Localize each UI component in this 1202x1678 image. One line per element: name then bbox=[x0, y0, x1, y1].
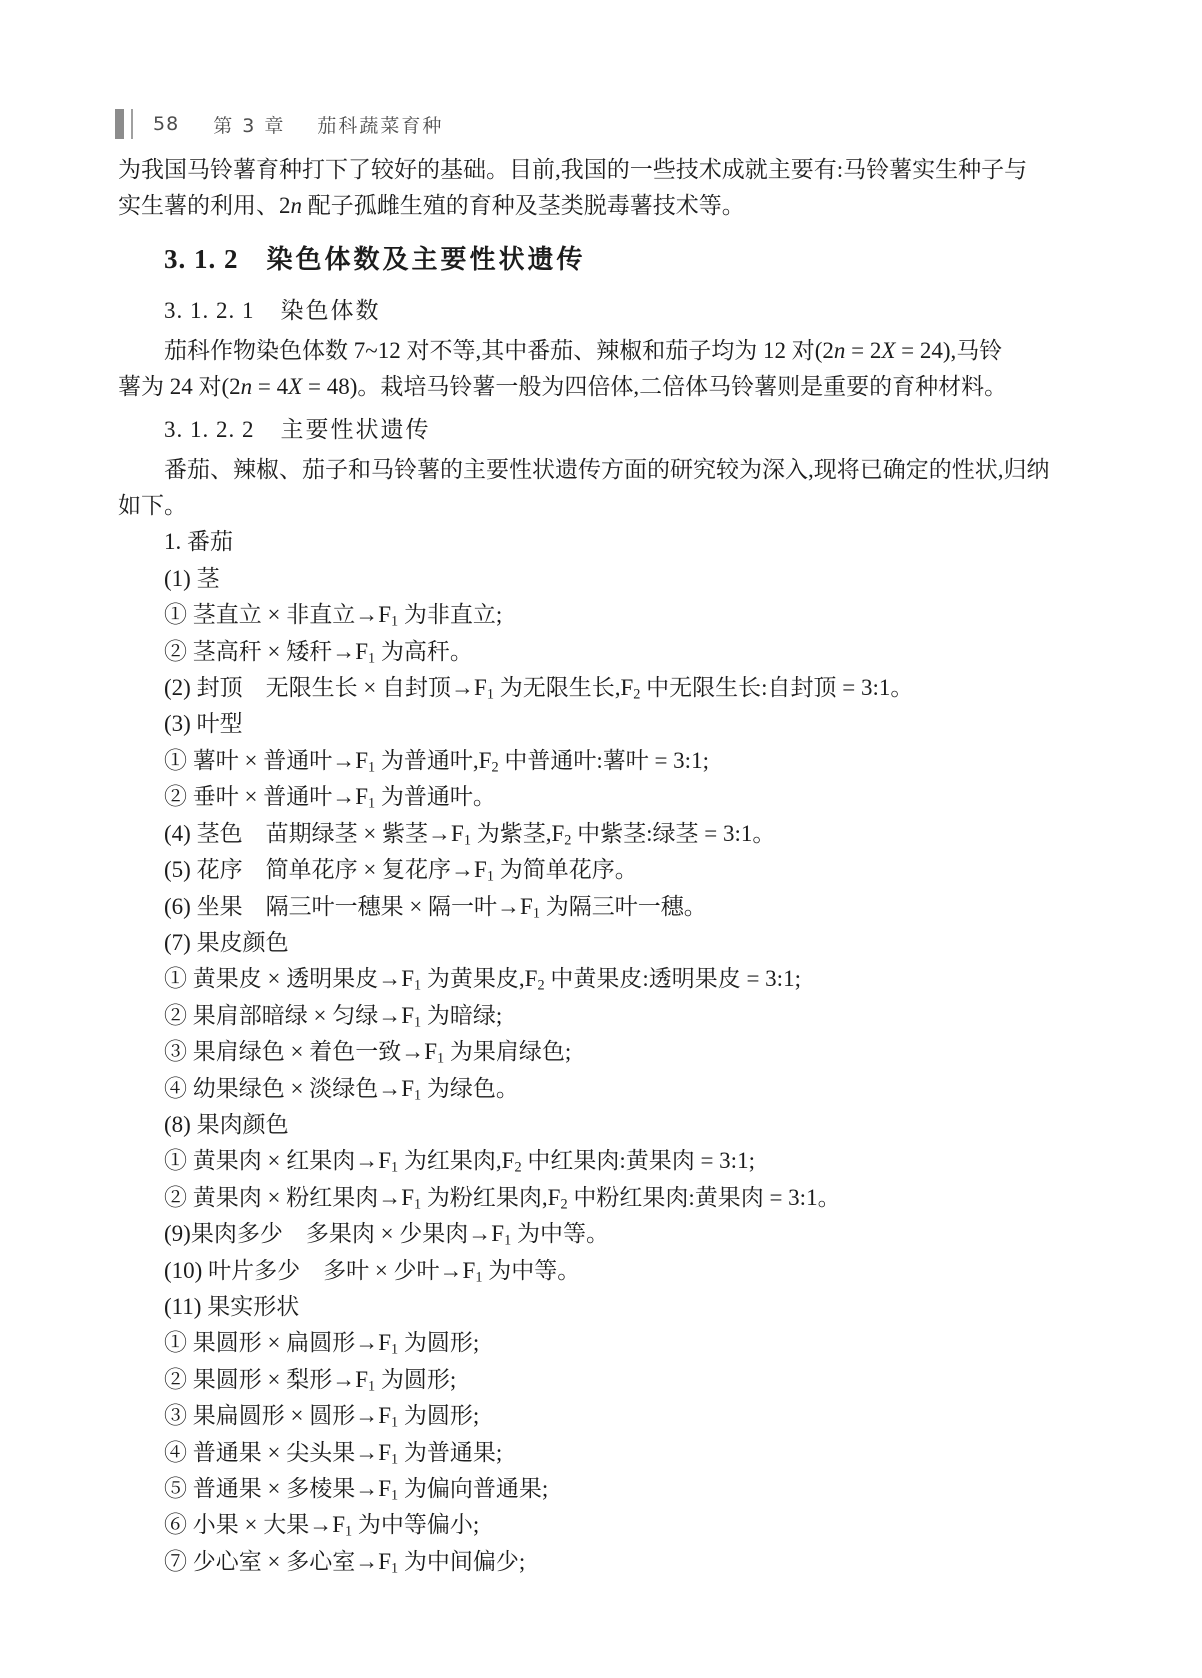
page-number: 58 bbox=[153, 113, 179, 135]
section-heading: 3. 1. 2染色体数及主要性状遗传 bbox=[118, 237, 1093, 283]
text-line: 薯为 24 对(2n = 4X = 48)。栽培马铃薯一般为四倍体,二倍体马铃薯… bbox=[118, 369, 1093, 405]
heading-number: 3. 1. 2. 1 bbox=[164, 298, 255, 323]
text-line: ③ 果肩绿色 × 着色一致→F1 为果肩绿色; bbox=[118, 1034, 1093, 1070]
heading-title: 染色体数 bbox=[281, 298, 381, 324]
text-line: ① 果圆形 × 扁圆形→F1 为圆形; bbox=[118, 1325, 1093, 1361]
book-page: 58 第 3 章 茄科蔬菜育种 为我国马铃薯育种打下了较好的基础。目前,我国的一… bbox=[0, 0, 1202, 1678]
text-line: ③ 果扁圆形 × 圆形→F1 为圆形; bbox=[118, 1398, 1093, 1434]
text-line: ① 黄果皮 × 透明果皮→F1 为黄果皮,F2 中黄果皮:透明果皮 = 3:1; bbox=[118, 961, 1093, 997]
text-line: ② 垂叶 × 普通叶→F1 为普通叶。 bbox=[118, 779, 1093, 815]
text-line: (1) 茎 bbox=[118, 561, 1093, 597]
text-line: (4) 茎色 苗期绿茎 × 紫茎→F1 为紫茎,F2 中紫茎:绿茎 = 3:1。 bbox=[118, 816, 1093, 852]
heading-title: 染色体数及主要性状遗传 bbox=[267, 245, 586, 275]
text-line: ④ 幼果绿色 × 淡绿色→F1 为绿色。 bbox=[118, 1071, 1093, 1107]
text-line: (9)果肉多少 多果肉 × 少果肉→F1 为中等。 bbox=[118, 1216, 1093, 1252]
text-line: 实生薯的利用、2n 配子孤雌生殖的育种及茎类脱毒薯技术等。 bbox=[118, 188, 1093, 224]
text-line: ② 茎高秆 × 矮秆→F1 为高秆。 bbox=[118, 634, 1093, 670]
text-line: ⑥ 小果 × 大果→F1 为中等偏小; bbox=[118, 1507, 1093, 1543]
text-line: (11) 果实形状 bbox=[118, 1289, 1093, 1325]
text-line: ① 茎直立 × 非直立→F1 为非直立; bbox=[118, 597, 1093, 633]
header-bar-thick-icon bbox=[115, 109, 124, 139]
text-line: ⑤ 普通果 × 多棱果→F1 为偏向普通果; bbox=[118, 1471, 1093, 1507]
text-line: (2) 封顶 无限生长 × 自封顶→F1 为无限生长,F2 中无限生长:自封顶 … bbox=[118, 670, 1093, 706]
text-line: ① 黄果肉 × 红果肉→F1 为红果肉,F2 中红果肉:黄果肉 = 3:1; bbox=[118, 1143, 1093, 1179]
text-line: ② 黄果肉 × 粉红果肉→F1 为粉红果肉,F2 中粉红果肉:黄果肉 = 3:1… bbox=[118, 1180, 1093, 1216]
heading-title: 主要性状遗传 bbox=[281, 417, 431, 443]
text-line: (6) 坐果 隔三叶一穗果 × 隔一叶→F1 为隔三叶一穗。 bbox=[118, 889, 1093, 925]
text-line: ⑦ 少心室 × 多心室→F1 为中间偏少; bbox=[118, 1544, 1093, 1580]
text-line: ② 果圆形 × 梨形→F1 为圆形; bbox=[118, 1362, 1093, 1398]
text-line: (3) 叶型 bbox=[118, 706, 1093, 742]
chapter-label: 第 3 章 bbox=[213, 111, 285, 138]
text-line: ① 薯叶 × 普通叶→F1 为普通叶,F2 中普通叶:薯叶 = 3:1; bbox=[118, 743, 1093, 779]
text-line: (7) 果皮颜色 bbox=[118, 925, 1093, 961]
text-line: 1. 番茄 bbox=[118, 524, 1093, 560]
heading-number: 3. 1. 2 bbox=[164, 244, 239, 274]
page-header: 58 第 3 章 茄科蔬菜育种 bbox=[115, 108, 443, 140]
text-line: (8) 果肉颜色 bbox=[118, 1107, 1093, 1143]
text-line: 番茄、辣椒、茄子和马铃薯的主要性状遗传方面的研究较为深入,现将已确定的性状,归纳 bbox=[118, 452, 1093, 488]
heading-number: 3. 1. 2. 2 bbox=[164, 417, 255, 442]
text-line: 如下。 bbox=[118, 488, 1093, 524]
text-line: ④ 普通果 × 尖头果→F1 为普通果; bbox=[118, 1435, 1093, 1471]
text-line: 为我国马铃薯育种打下了较好的基础。目前,我国的一些技术成就主要有:马铃薯实生种子… bbox=[118, 152, 1093, 188]
text-line: (5) 花序 简单花序 × 复花序→F1 为简单花序。 bbox=[118, 852, 1093, 888]
text-line: (10) 叶片多少 多叶 × 少叶→F1 为中等。 bbox=[118, 1253, 1093, 1289]
text-line: ② 果肩部暗绿 × 匀绿→F1 为暗绿; bbox=[118, 998, 1093, 1034]
subsection-heading: 3. 1. 2. 1染色体数 bbox=[118, 291, 1093, 331]
text-line: 茄科作物染色体数 7~12 对不等,其中番茄、辣椒和茄子均为 12 对(2n =… bbox=[118, 333, 1093, 369]
page-content: 为我国马铃薯育种打下了较好的基础。目前,我国的一些技术成就主要有:马铃薯实生种子… bbox=[118, 152, 1093, 1580]
chapter-title: 茄科蔬菜育种 bbox=[317, 111, 443, 138]
subsection-heading: 3. 1. 2. 2主要性状遗传 bbox=[118, 410, 1093, 450]
header-bar-thin-icon bbox=[131, 109, 133, 139]
